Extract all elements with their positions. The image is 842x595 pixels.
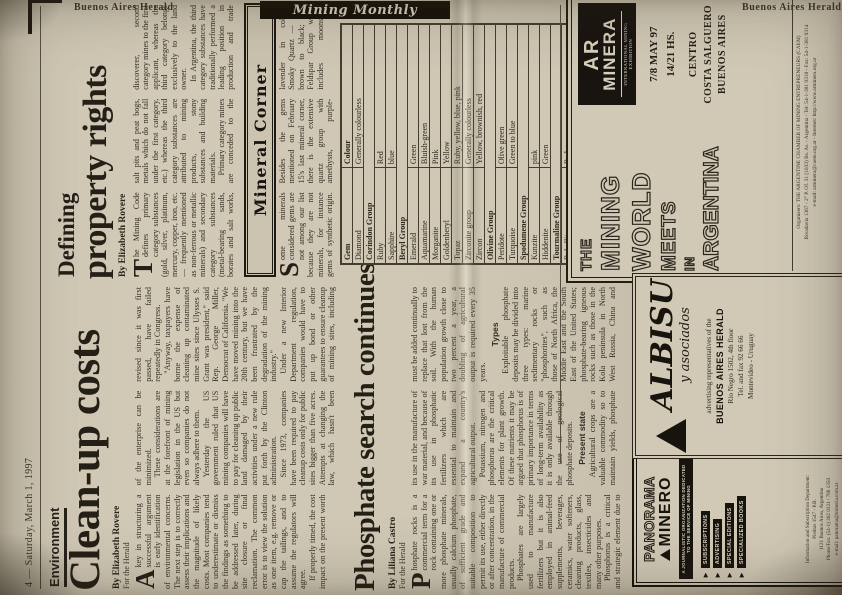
table-row: AquamarineBluish-green (419, 25, 430, 264)
albisu-name: ALBISU (649, 279, 676, 411)
arminera-slogan-words: THEMININGWORLDMEETSINARGENTINA (578, 115, 788, 271)
byline-phosphate-name: By Liliana Castro (388, 517, 398, 589)
byline-property-name: By Elizabeth Rovere (118, 194, 128, 277)
panorama-service-row: ►ADVERTISING (713, 459, 722, 579)
table-cell: Green to blue (507, 25, 518, 168)
arminera-date: 7/8 MAY 97 (646, 26, 663, 81)
header-rule (40, 6, 41, 589)
panorama-tagline: A JOURNALISTIC ORGANIZATION DEDICATED TO… (679, 459, 693, 579)
paragraph: WORLD (628, 115, 657, 271)
paragraph: Yesterday the US government ruled that U… (202, 391, 279, 486)
arminera-hours: 14/21 HS. (663, 26, 680, 81)
arrow-icon: ► (713, 571, 722, 579)
paragraph: ARGENTINA (700, 115, 724, 271)
newspaper-sheet-rotated: 4 — Saturday, March 1, 1997 Environment … (0, 0, 842, 595)
paper-fold-crease (448, 0, 482, 595)
table-row: TurquoiseGreen to blue (507, 25, 518, 264)
paragraph: MINING (597, 115, 626, 271)
byline-cleanup-credit: For the Herald (122, 506, 131, 589)
section-banner-text: Mining Monthly (293, 3, 417, 18)
paragraph: Rivadavia 1367 - 2° P. Of. 31 (1033) Bs.… (804, 0, 812, 271)
arminera-logo-line2: MINERA (601, 11, 618, 97)
paragraph: THE (578, 115, 595, 271)
paragraph: Tel. and fax 92 66 66 (737, 282, 745, 450)
paragraph: e-mail: panorama@mineria.com.ar (834, 459, 841, 579)
table-cell: Peridote (496, 168, 507, 264)
corner-registration-mark-h (28, 0, 62, 3)
albisu-triangle-icon (656, 419, 686, 453)
ad-arminera-exhibition: THEMININGWORLDMEETSINARGENTINA AR MINERA… (566, 0, 842, 283)
paragraph: These considerations are at the forefron… (153, 391, 201, 486)
paragraph: IN (683, 115, 698, 271)
headline-cleanup-costs: Clean-up costs (66, 271, 107, 591)
table-group-cell: Olivine Group (485, 25, 496, 264)
table-header-cell: Gem (342, 168, 353, 264)
table-cell: Olive green (496, 25, 507, 168)
arrow-icon: ► (737, 571, 746, 579)
panorama-service-chip: SPECIALIZED BOOKS (737, 496, 746, 568)
table-cell: Hiddenite (540, 168, 551, 264)
table-cell: Aquamarine (419, 168, 430, 264)
masthead-left: Buenos Aires Herald (74, 2, 174, 13)
table-row: HiddeniteGreen (540, 25, 551, 264)
panorama-service-chip: ADVERTISING (713, 519, 722, 568)
article-body-property: The Mining Code defines primary category… (132, 5, 238, 277)
ad-panorama-minero: PANORAMA MINERO A JOURNALISTIC ORGANIZAT… (632, 451, 842, 587)
paragraph: A key in structuring a successful argume… (134, 494, 308, 589)
panorama-service-chip: SPECIAL EDITIONS (725, 503, 734, 568)
arminera-venue-1: CENTRO (687, 5, 702, 104)
mineral-corner-title: Mineral Corner (251, 64, 270, 216)
table-row: PeridoteOlive green (496, 25, 507, 264)
table-cell: Bluish-green (419, 25, 430, 168)
paragraph: Present state (577, 391, 587, 486)
corner-registration-mark (28, 0, 32, 34)
article-body-mineral-corner: Some minerals considered gems are not am… (278, 5, 336, 277)
ads-separator-rule (560, 5, 561, 463)
arminera-city: BUENOS AIRES (716, 5, 731, 104)
table-header-cell: Colour (342, 25, 353, 168)
byline-cleanup-name: By Elizabeth Rovere (112, 506, 122, 589)
arminera-venue: CENTRO COSTA SALGUERO BUENOS AIRES (687, 5, 731, 104)
panorama-triangle-icon (660, 550, 670, 562)
arminera-layout: THEMININGWORLDMEETSINARGENTINA AR MINERA… (578, 0, 788, 271)
albisu-details: advertising representatives of theBUENOS… (705, 282, 755, 450)
table-cell: Diamond (353, 168, 364, 264)
table-cell: blue (386, 25, 397, 168)
table-cell: Pink (430, 25, 441, 168)
paragraph: advertising representatives of the (705, 282, 713, 450)
table-row: Sapphireblue (386, 25, 397, 264)
headline-phosphate-search: Phosphate search continues (352, 256, 380, 591)
table-cell: Sapphire (386, 168, 397, 264)
table-row: RubyRed (375, 25, 386, 264)
arminera-logo: AR MINERA INTERNATIONAL MINING EXHIBITIO… (578, 3, 636, 105)
table-row: Corindon Group (364, 25, 375, 264)
table-cell: Kunzite (529, 168, 540, 264)
panorama-service-chip: SUBSCRIPTIONS (701, 511, 710, 569)
paragraph: Some minerals considered gems are not am… (278, 5, 336, 277)
paragraph: e-mail: arminera@caem.org.ar - Internet:… (812, 0, 820, 271)
panorama-logo: PANORAMA MINERO (641, 459, 675, 579)
paragraph: Organizers: THE ARGENTINE CHAMBER OF MIN… (796, 0, 804, 271)
byline-cleanup: By Elizabeth Rovere For the Herald (112, 506, 131, 589)
table-cell: Turquoise (507, 168, 518, 264)
albisu-logo-row: ALBISU y asociados (649, 282, 693, 450)
masthead-right: Buenos Aires Herald (742, 2, 842, 13)
article-body-cleanup: A key in structuring a successful argume… (134, 287, 346, 589)
scanned-newspaper-page: 4 — Saturday, March 1, 1997 Environment … (0, 0, 842, 595)
arminera-logo-line1: AR (583, 11, 601, 97)
panorama-service-row: ►SUBSCRIPTIONS (701, 459, 710, 579)
article-body-phosphate: Phosphate rocks is a commercial term for… (410, 287, 624, 589)
arrow-icon: ► (725, 571, 734, 579)
table-group-cell: Corindon Group (364, 25, 375, 264)
headline-defining: Defining (56, 193, 78, 277)
paragraph: Montevideo - Uruguay (747, 282, 755, 450)
albisu-name-block: ALBISU y asociados (649, 279, 693, 411)
panorama-service-row: ►SPECIAL EDITIONS (725, 459, 734, 579)
section-banner-mining-monthly: Mining Monthly (260, 1, 450, 19)
table-group-cell: Beryl Group (397, 25, 408, 264)
paragraph: Phosphates are largely used to manufactu… (516, 494, 603, 589)
panorama-contact: Information and Subscription Department:… (805, 459, 841, 579)
paragraph: Piedras 1547 - P.B. (812, 459, 819, 579)
table-cell: pink (529, 25, 540, 168)
table-row: DiamondGenerally colourless (353, 25, 364, 264)
panorama-services-list: ►SUBSCRIPTIONS►ADVERTISING►SPECIAL EDITI… (698, 459, 805, 579)
table-cell: Generally colourless (353, 25, 364, 168)
panorama-logo-line1: PANORAMA (641, 459, 657, 579)
table-cell: Ruby (375, 168, 386, 264)
panorama-service-row: ►SPECIALIZED BOOKS (737, 459, 746, 579)
panorama-logo-line2: MINERO (657, 459, 675, 579)
paragraph: Rio Negro 1502, 4th floor (727, 282, 735, 450)
arminera-fine-print: Organizers: THE ARGENTINE CHAMBER OF MIN… (792, 0, 819, 271)
table-row: MorganitePink (430, 25, 441, 264)
ad-albisu-asociados: ALBISU y asociados advertising represent… (632, 273, 842, 459)
paragraph: "Anyway, taxpayers have borne the expens… (163, 287, 279, 382)
arminera-right-column: AR MINERA INTERNATIONAL MINING EXHIBITIO… (578, 0, 788, 115)
arminera-logo-caption: INTERNATIONAL MINING EXHIBITION (621, 11, 633, 97)
arminera-date-time: 7/8 MAY 97 14/21 HS. (646, 26, 679, 81)
table-cell: Red (375, 25, 386, 168)
albisu-subname: y asociados (678, 279, 693, 411)
paragraph: Phone/Fax: (54-1) 362 0131 / 788 1350 (826, 459, 833, 579)
table-row: Kunzitepink (529, 25, 540, 264)
arminera-venue-2: COSTA SALGUERO (702, 5, 717, 104)
paragraph: Information and Subscription Department: (805, 459, 812, 579)
byline-phosphate-credit: For the Herald (398, 517, 407, 589)
paragraph: MEETS (659, 115, 681, 271)
table-cell: Morganite (430, 168, 441, 264)
table-row: Beryl Group (397, 25, 408, 264)
table-row: EmeraldGreen (408, 25, 419, 264)
mineral-corner-banner: Mineral Corner (244, 3, 276, 277)
table-cell: Emerald (408, 168, 419, 264)
table-cell: Green (540, 25, 551, 168)
paragraph: BUENOS AIRES HERALD (715, 282, 725, 450)
paragraph: Types (490, 287, 500, 382)
table-row: Olivine Group (485, 25, 496, 264)
edition-dateline: 4 — Saturday, March 1, 1997 (24, 458, 35, 587)
table-row: Spodumene Group (518, 25, 529, 264)
table-cell: Green (408, 25, 419, 168)
arrow-icon: ► (701, 571, 710, 579)
headline-property-rights: property rights (80, 0, 112, 279)
byline-phosphate: By Liliana Castro For the Herald (388, 517, 407, 589)
panorama-logo-line2-text: MINERO (657, 477, 674, 547)
byline-property: By Elizabeth Rovere (118, 194, 128, 277)
table-group-cell: Spodumene Group (518, 25, 529, 264)
